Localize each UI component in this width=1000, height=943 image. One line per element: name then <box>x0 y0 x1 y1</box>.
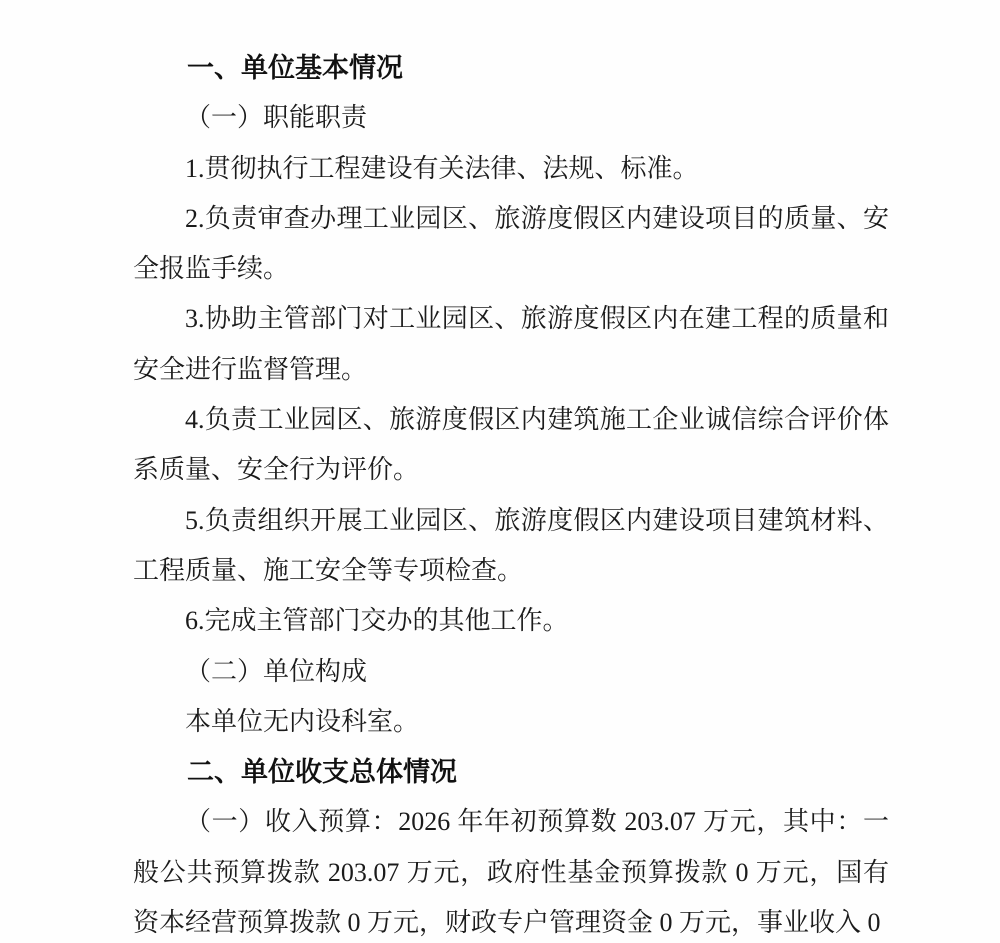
paragraph: 4.负责工业园区、旅游度假区内建筑施工企业诚信综合评价体系质量、安全行为评价。 <box>133 395 889 496</box>
document-content: 一、单位基本情况（一）职能职责1.贯彻执行工程建设有关法律、法规、标准。2.负责… <box>133 43 889 943</box>
text-line: 4.负责工业园区、旅游度假区内建筑施工企业诚信综合评价体 <box>133 395 889 445</box>
text-line: 二、单位收支总体情况 <box>133 747 889 797</box>
text-line: （一）收入预算：2026 年年初预算数 203.07 万元，其中：一 <box>133 797 889 847</box>
paragraph: 6.完成主管部门交办的其他工作。 <box>133 596 889 646</box>
text-line: 般公共预算拨款 203.07 万元，政府性基金预算拨款 0 万元，国有 <box>133 848 889 898</box>
document-page: 一、单位基本情况（一）职能职责1.贯彻执行工程建设有关法律、法规、标准。2.负责… <box>0 0 1000 943</box>
text-line: 5.负责组织开展工业园区、旅游度假区内建设项目建筑材料、 <box>133 496 889 546</box>
text-line: 本单位无内设科室。 <box>133 697 889 747</box>
text-line: （二）单位构成 <box>133 647 889 697</box>
text-line: 资本经营预算拨款 0 万元，财政专户管理资金 0 万元，事业收入 0 <box>133 898 889 943</box>
text-line: 2.负责审查办理工业园区、旅游度假区内建设项目的质量、安 <box>133 194 889 244</box>
paragraph: 本单位无内设科室。 <box>133 697 889 747</box>
paragraph: 5.负责组织开展工业园区、旅游度假区内建设项目建筑材料、工程质量、施工安全等专项… <box>133 496 889 597</box>
text-line: 全报监手续。 <box>133 244 889 294</box>
paragraph: 3.协助主管部门对工业园区、旅游度假区内在建工程的质量和安全进行监督管理。 <box>133 294 889 395</box>
paragraph: （一）收入预算：2026 年年初预算数 203.07 万元，其中：一般公共预算拨… <box>133 797 889 943</box>
section-heading: 一、单位基本情况 <box>133 43 889 93</box>
text-line: 一、单位基本情况 <box>133 43 889 93</box>
text-line: （一）职能职责 <box>133 93 889 143</box>
text-line: 3.协助主管部门对工业园区、旅游度假区内在建工程的质量和 <box>133 294 889 344</box>
text-line: 安全进行监督管理。 <box>133 345 889 395</box>
text-line: 系质量、安全行为评价。 <box>133 445 889 495</box>
section-heading: 二、单位收支总体情况 <box>133 747 889 797</box>
text-line: 6.完成主管部门交办的其他工作。 <box>133 596 889 646</box>
paragraph: 2.负责审查办理工业园区、旅游度假区内建设项目的质量、安全报监手续。 <box>133 194 889 295</box>
paragraph: （一）职能职责 <box>133 93 889 143</box>
paragraph: 1.贯彻执行工程建设有关法律、法规、标准。 <box>133 144 889 194</box>
paragraph: （二）单位构成 <box>133 647 889 697</box>
text-line: 工程质量、施工安全等专项检查。 <box>133 546 889 596</box>
text-line: 1.贯彻执行工程建设有关法律、法规、标准。 <box>133 144 889 194</box>
